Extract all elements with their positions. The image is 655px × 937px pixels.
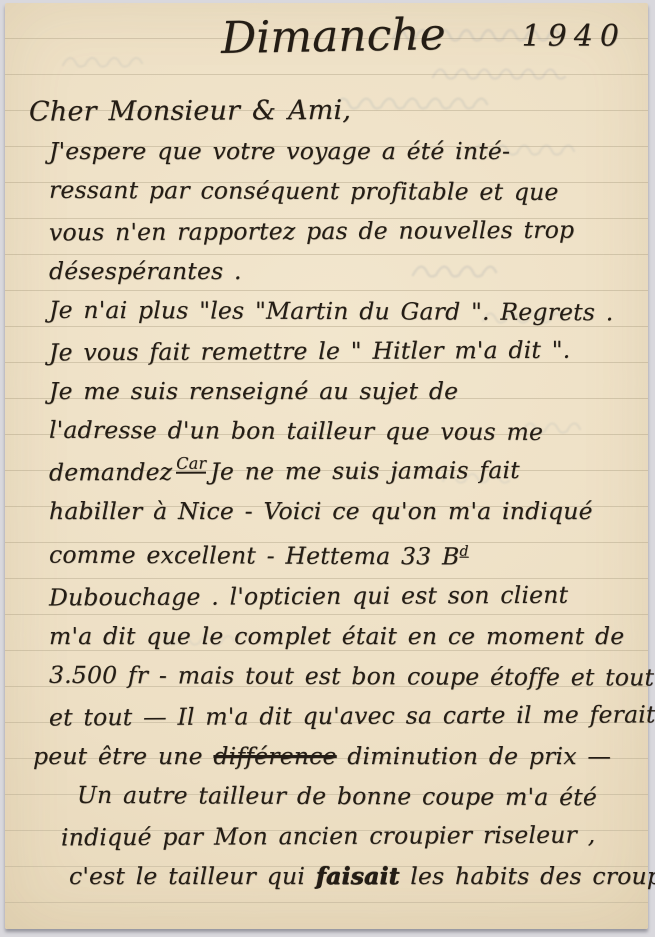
salutation: Cher Monsieur & Ami, bbox=[5, 89, 648, 132]
letter-line: vous n'en rapportez pas de nouvelles tro… bbox=[5, 209, 648, 252]
line-text: les habits des croupiers bbox=[400, 862, 655, 890]
inserted-word: Car bbox=[176, 456, 206, 474]
letter-line: et tout — Il m'a dit qu'avec sa carte il… bbox=[5, 694, 648, 737]
letter-line: indiqué par Mon ancien croupier riseleur… bbox=[5, 814, 648, 857]
letter-header: Dimanche 1940 bbox=[5, 9, 648, 69]
letter-line: désespérantes . bbox=[5, 251, 648, 291]
overwritten-word: faisait bbox=[316, 862, 400, 890]
line-text: demandez bbox=[49, 458, 172, 487]
letter-line: J'espere que votre voyage a été inté- bbox=[5, 131, 648, 171]
line-text: diminution de prix — bbox=[337, 742, 611, 770]
letter-line: l'adresse d'un bon tailleur que vous me bbox=[5, 410, 648, 453]
letter-line-with-insertion: demandezCarJe ne me suis jamais fait bbox=[5, 449, 648, 492]
letter-line-hettema: comme excellent - Hettema 33 Bd bbox=[5, 530, 648, 578]
letter-paper: Dimanche 1940 Cher Monsieur & Ami, J'esp… bbox=[5, 3, 648, 929]
letter-line: 3.500 fr - mais tout est bon coupe étoff… bbox=[5, 654, 648, 697]
letter-line: Je n'ai plus "les "Martin du Gard ". Reg… bbox=[5, 290, 648, 333]
line-text: Je ne me suis jamais fait bbox=[210, 456, 520, 486]
letter-body: Cher Monsieur & Ami, J'espere que votre … bbox=[5, 91, 648, 896]
letter-line-with-strikethrough: peut être une différence diminution de p… bbox=[5, 736, 648, 776]
superscript-abbreviation: d bbox=[459, 544, 468, 560]
line-text: peut être une bbox=[33, 742, 213, 770]
letter-text: Dimanche 1940 Cher Monsieur & Ami, J'esp… bbox=[5, 3, 648, 929]
letter-line: habiller à Nice - Voici ce qu'on m'a ind… bbox=[5, 491, 648, 531]
letter-line: Je vous fait remettre le " Hitler m'a di… bbox=[5, 329, 648, 372]
letter-line: m'a dit que le complet était en ce momen… bbox=[5, 616, 648, 656]
scan-background: Dimanche 1940 Cher Monsieur & Ami, J'esp… bbox=[0, 0, 655, 937]
letter-line-with-overwrite: c'est le tailleur qui faisait les habits… bbox=[5, 856, 648, 896]
struck-word: différence bbox=[213, 742, 336, 770]
letter-line: Je me suis renseigné au sujet de bbox=[5, 371, 648, 411]
letter-line: Dubouchage . l'opticien qui est son clie… bbox=[5, 574, 648, 617]
date-year: 1940 bbox=[522, 19, 626, 54]
letter-line: ressant par conséquent profitable et que bbox=[5, 170, 648, 213]
date-day: Dimanche bbox=[221, 9, 447, 64]
line-text: comme excellent - Hettema 33 B bbox=[49, 541, 460, 571]
line-text: c'est le tailleur qui bbox=[69, 862, 316, 890]
letter-line: Un autre tailleur de bonne coupe m'a été bbox=[5, 774, 648, 817]
